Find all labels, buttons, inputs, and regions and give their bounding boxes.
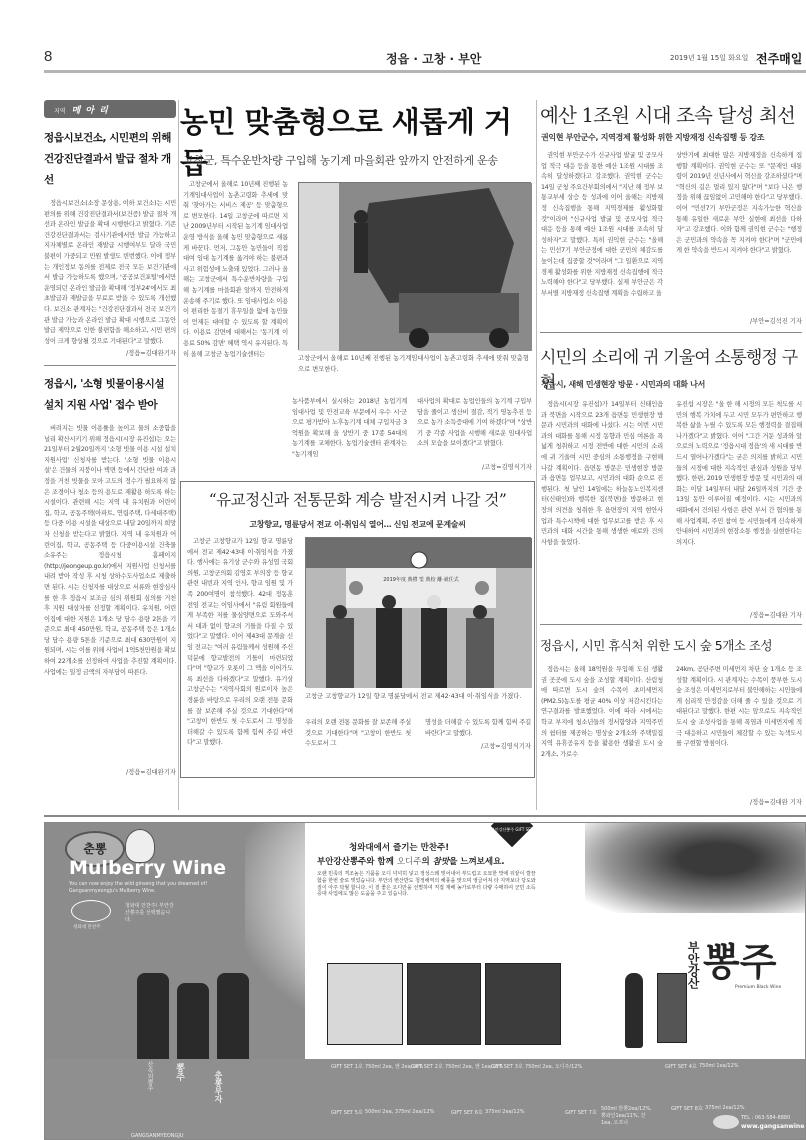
boxed-subheadline: 고창향교, 명륜당서 전교 이·취임식 열어… 신임 전교에 문계술씨: [181, 519, 534, 530]
budget-byline: /부안=김석진 기자: [676, 316, 802, 325]
headline-line: 설치 지원 사업' 접수 받아: [44, 395, 176, 416]
ceremony-photo-caption: 고창군 고창향교가 12일 향교 명륜당에서 전교 제42·43대 이·취임식을…: [305, 692, 531, 703]
giftset-box-4: [657, 973, 687, 1043]
tag-big: 메 아 리: [71, 106, 108, 116]
bottle-label: 산속의뽕주: [145, 1061, 154, 1091]
mulberry-fruit-image: [585, 823, 805, 913]
citizen-body-col2: 유진섭 시장은 "올 한 해 시정의 모든 척도를 시민의 행복 가치에 두고 …: [676, 400, 802, 608]
divider: [44, 365, 176, 366]
giftset-box-1: [327, 963, 403, 1045]
headline-line: 정읍시, '소형 빗물이용시설: [44, 374, 176, 395]
giftset-label: GIFT SET 4호: [665, 1063, 697, 1070]
main-photo-caption: 고창군에서 올해로 10년째 진행된 농기계임대사업이 농촌고령화 추세에 맞춰…: [298, 354, 531, 375]
company-logo-icon: [713, 1115, 739, 1129]
tag-small: 지역: [54, 108, 66, 115]
english-title: Mulberry Wine: [69, 857, 226, 879]
publication-name: 전주매일: [756, 50, 802, 67]
page-number: 8: [44, 48, 52, 65]
mulberry-wine-advertisement[interactable]: 춘뽕 Mulberry Wine You can now enjoy the w…: [44, 822, 806, 1140]
giftset-spec: 750ml 1ea/12%: [699, 1063, 739, 1069]
ad-description: 오랜 민족의 격조높은 기품을 오디 넉넉히 넣고 정성스레 빚어내어 부드럽고…: [317, 871, 537, 898]
budget-body-col1: 권익현 부안군수가 신규사업 발굴 및 공모사업 적극 대응 등을 통한 예산 …: [541, 151, 663, 331]
left-blurb: 청와대 만찬주! 부안강산뽕주를 선택했습니다.: [125, 903, 175, 924]
main-article-body-col2: 농사품부에서 실시하는 2018년 농업기계 임대사업 및 안전교육 부문에서 …: [292, 397, 407, 475]
column-divider: [536, 100, 537, 810]
budget-body-col2: 상반기에 최대한 많은 지방재정을 신속하게 집행할 계획이다. 권익현 군수는…: [676, 151, 802, 313]
giftset-spec: 500ml 한뽕2ea/12%, 뽕와인1ea/11%, 잔 1ea, 오프너: [601, 1105, 657, 1126]
giftset-label: GIFT SET 7호: [565, 1109, 597, 1116]
forest-body-col2: 24km, 공단주변 미세먼지 차단 숲 1개소 등 조성할 계획이다. 시 관…: [676, 665, 802, 793]
main-article-photo: [298, 182, 531, 350]
boxed-article: “유교정신과 전통문화 계승 발전시켜 나갈 것” 고창향교, 명륜당서 전교 …: [180, 481, 535, 778]
column-divider: [178, 100, 179, 810]
blue-house-seal-icon: [71, 900, 111, 922]
giftset-spec: 375ml 2ea/12%: [485, 1109, 525, 1115]
banner-text: 참맛: [433, 857, 449, 867]
article-body: 버려지는 빗물 이용률을 높이고 물의 소중함을 널리 확산시키기 위해 정읍시…: [44, 424, 176, 763]
forest-headline: 정읍시, 시민 휴식처 위한 도시 숲 5개소 조성: [540, 636, 802, 654]
article-rainwater: 정읍시, '소형 빗물이용시설 설치 지원 사업' 접수 받아 버려지는 빗물 …: [44, 374, 176, 776]
giftset-spec: 500ml 2ea, 375ml 2ea/12%: [365, 1109, 434, 1115]
article-body: 정읍시보건소(소장 문상용, 이하 보건소)는 시민편의를 위해 건강진단결과서…: [44, 199, 176, 344]
citizen-byline: /정읍=김대완 기자: [676, 610, 802, 619]
right-title-small: 부안강산: [685, 941, 702, 989]
article-health-certificate: 정읍시보건소, 시민편의 위해 건강진단결과서 발급 절차 개선 정읍시보건소(…: [44, 128, 176, 357]
ceremony-photo: 2019年度 典禮 및 典校 離·就任式: [305, 537, 531, 687]
ad-separator: [44, 815, 806, 817]
boxed-body-tail-col1: 우리의 오랜 전통 문화를 잘 보존해 주실 것으로 기대한다"며 "고창이 한…: [305, 718, 411, 752]
bottle-label: 뽕주: [173, 1063, 186, 1081]
main-headline: 농민 맞춤형으로 새롭게 거듭: [180, 100, 535, 182]
giftset-label: GIFT SET 6호: [451, 1109, 483, 1116]
section-title: 정읍 · 고창 · 부안: [386, 50, 481, 67]
headline-line: 정읍시보건소, 시민편의 위해: [44, 128, 176, 149]
article-headline: 정읍시, '소형 빗물이용시설 설치 지원 사업' 접수 받아: [44, 374, 176, 416]
boxed-headline: “유교정신과 전통문화 계승 발전시켜 나갈 것”: [181, 488, 534, 510]
telephone: TEL : 063-584-8880: [741, 1115, 790, 1121]
farm-truck-illustration: [299, 183, 532, 351]
ceremony-banner: 2019年度 典禮 및 典校 離·就任式: [350, 576, 492, 583]
banner-text: 오디주: [397, 857, 422, 867]
website-link[interactable]: www.gangsanwine.com: [741, 1123, 806, 1130]
main-article-body-col3: 대사업의 확대로 농업인들의 농기계 구입부담을 줄이고 생산비 절감, 적기 …: [417, 397, 532, 461]
headline-line: 건강진단결과서 발급 절차 개선: [44, 149, 176, 191]
main-article-byline: /고창=김영식기자: [417, 462, 532, 471]
right-title-big: 뽕주: [703, 931, 776, 986]
ad-center-copy: 청와대에서 즐기는 만찬주! 부안강산뽕주와 함께 오디주의 참맛을 느껴보세요…: [317, 841, 617, 898]
boxed-byline: /고창=김영식기자: [425, 741, 531, 750]
main-subheadline: 고창군, 특수운반차량 구입해 농기계 마을회관 앞까지 안전하게 운송: [183, 152, 533, 168]
right-caption: Premium Black Wine: [735, 985, 781, 990]
divider: [540, 624, 802, 625]
ad-bottom-band: GIFT SET 1호 750ml 2ea, 앤 2ea/16% GIFT SE…: [45, 1059, 805, 1140]
giftset-spec: 750ml 2ea, 오디주/12%: [525, 1063, 582, 1070]
budget-subheadline: 권익현 부안군수, 지역경제 활성화 위한 지방재정 신속집행 등 강조: [541, 132, 803, 143]
banner-line1: 청와대에서 즐기는 만찬주!: [317, 841, 617, 853]
giftset-badge-text: 부안강산뽕주 GIFT SET: [485, 827, 539, 833]
forest-body-col1: 정읍시는 올해 18억원을 투입해 도심 생활권 곳곳에 도시 숲을 조성할 계…: [541, 665, 663, 805]
divider: [540, 332, 802, 333]
main-article-body-col1: 고창군에서 올해로 10년째 진행된 농기계임대사업이 농촌고령화 추세에 맞춰…: [183, 180, 288, 392]
byline: /정읍=김대완기자: [44, 348, 176, 357]
forest-byline: /정읍=김대완 기자: [676, 797, 802, 806]
giftset-label: GIFT SET 1호: [331, 1063, 363, 1070]
banner-text: 의: [421, 857, 432, 867]
citizen-subheadline: 정읍시, 새해 민생현장 방문 · 시민과의 대화 나서: [541, 379, 803, 390]
budget-headline: 예산 1조원 시대 조속 달성 최선: [540, 100, 802, 128]
giftset-label: GIFT SET 2호: [411, 1063, 443, 1070]
giftset-label: GIFT SET 8호: [671, 1105, 703, 1112]
masthead: 8 정읍 · 고창 · 부안 2019년 1월 15일 화요일 전주매일: [44, 48, 806, 70]
publication-date: 2019년 1월 15일 화요일: [670, 53, 748, 63]
bottle-label: 춘뽕부자: [213, 1071, 224, 1103]
giftset-spec: 375ml 2ea/12%: [705, 1105, 745, 1111]
giftset-label: GIFT SET 5호: [331, 1109, 363, 1116]
giftset-label: GIFT SET 3호: [491, 1063, 523, 1070]
banner-text: 을 느껴보세요.: [449, 857, 504, 867]
boxed-body: 고창군 고창향교가 12일 향교 명륜당에서 전교 제42·43대 이·취임식을…: [187, 537, 293, 747]
left-column: 지역 메 아 리 정읍시보건소, 시민편의 위해 건강진단결과서 발급 절차 개…: [44, 100, 176, 776]
ceremony-illustration: [306, 538, 532, 688]
citizen-body-col1: 정읍시(시장 유진섭)가 14일부터 신태인읍과 북면을 시작으로 23개 읍면…: [541, 400, 663, 608]
seal-caption: 청와대 만찬주: [73, 924, 101, 930]
banner-text: 부안강산뽕주와 함께: [317, 857, 397, 867]
giftset-box-2: [407, 963, 481, 1045]
boxed-body-tail-col2: 명성을 더해갈 수 있도록 함께 힘써 주길 바란다"고 말했다.: [425, 718, 531, 740]
wine-bottle: [625, 973, 643, 1048]
masthead-rule: [44, 70, 806, 73]
english-tagline: You can now enjoy the wild ginseng that …: [69, 881, 249, 895]
giftset-box-3: [485, 963, 561, 1045]
article-headline: 정읍시보건소, 시민편의 위해 건강진단결과서 발급 절차 개선: [44, 128, 176, 191]
column-tag: 지역 메 아 리: [44, 100, 176, 118]
footer-company: GANGSANMYEONGJU: [131, 1133, 184, 1139]
banner-line2: 부안강산뽕주와 함께 오디주의 참맛을 느껴보세요.: [317, 855, 617, 867]
byline: /정읍=김대완기자: [44, 767, 176, 776]
